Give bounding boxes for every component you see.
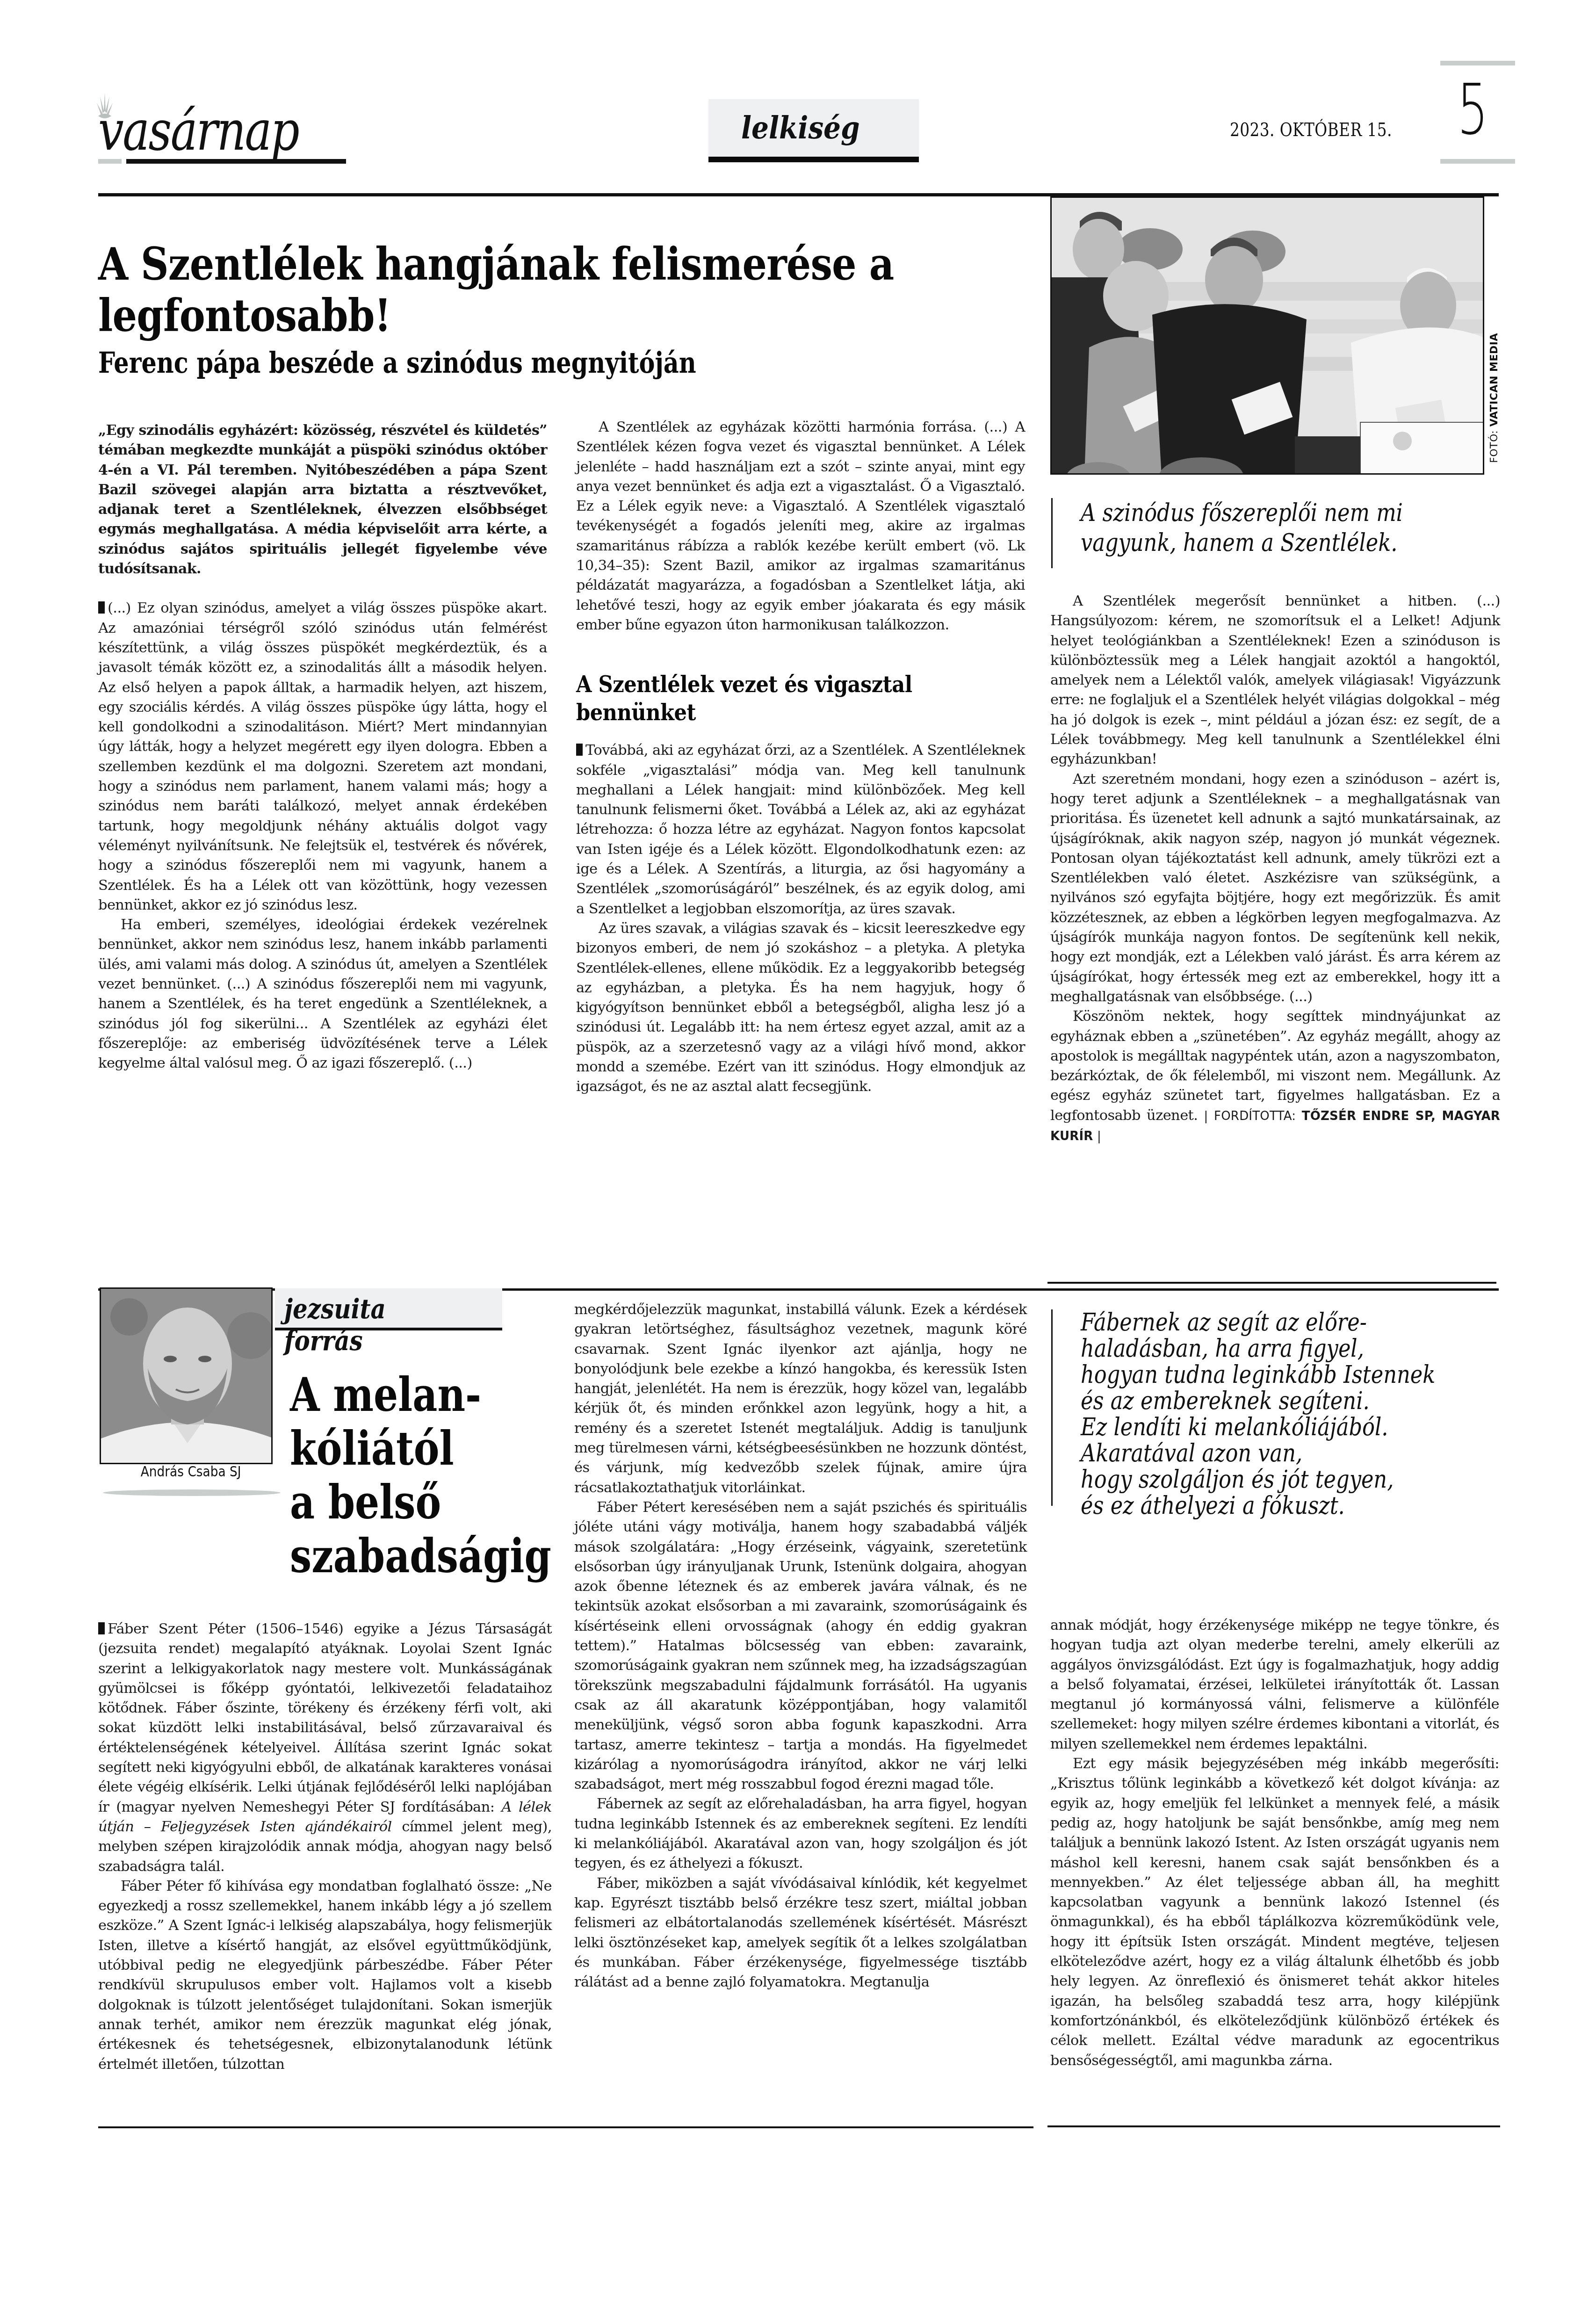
top-divider xyxy=(98,193,1499,196)
section-label: lelkiség xyxy=(741,109,860,146)
paragraph: Továbbá, aki az egyházat őrzi, az a Szen… xyxy=(576,741,1025,919)
paragraph: annak módját, hogy érzékenysége miképp n… xyxy=(1050,1616,1499,1754)
page-number-box: 5 xyxy=(1440,61,1515,164)
author-byline: András Csaba SJ xyxy=(100,1464,282,1481)
logo-underline xyxy=(126,159,346,164)
page-number: 5 xyxy=(1457,75,1488,145)
paragraph: Fábernek az segít az előrehaladásban, ha… xyxy=(574,1794,1027,1873)
article-headline: A melan- kóliától a belső szabadságig xyxy=(290,1368,520,1583)
paragraph: Az üres szavak, a világias szavak és – k… xyxy=(576,919,1025,1097)
synod-photo[interactable] xyxy=(1050,196,1484,475)
column-tag[interactable]: jezsuita forrás xyxy=(275,1288,502,1330)
paragraph: Fáber Szent Péter (1506–1546) egyike a J… xyxy=(98,1619,552,1877)
paragraph-marker-icon xyxy=(98,601,105,614)
article-headline: A Szentlélek hangjának felismerése a leg… xyxy=(98,239,903,341)
author-portrait-illustration xyxy=(101,1289,273,1464)
column-divider xyxy=(1047,1282,1496,1284)
article-subheadline: Ferenc pápa beszéde a szinódus megnyitój… xyxy=(98,346,827,380)
paragraph: Fáber, miközben a saját vívódásaival kín… xyxy=(574,1874,1027,1993)
photo-credit: FOTÓ: VATICAN MEDIA xyxy=(1488,304,1500,463)
paragraph-marker-icon xyxy=(576,744,583,756)
pull-quote: Fábernek az segít az előre- haladásban, … xyxy=(1051,1309,1486,1506)
author-photo[interactable] xyxy=(100,1287,273,1464)
paragraph: Ezt egy másik bejegyzésében még inkább m… xyxy=(1050,1754,1499,2071)
paragraph: Fáber Péter fő kihívása egy mondatban fo… xyxy=(98,1877,552,2074)
paragraph: Azt szeretném mondani, hogy ezen a szinó… xyxy=(1050,770,1500,1007)
article-column-2: megkérdőjelezzük magunkat, instabillá vá… xyxy=(574,1300,1027,1992)
page-number-bottom-bar xyxy=(1440,159,1515,164)
article-column-1: „Egy szinodális egyházért: közösség, rés… xyxy=(98,421,547,1074)
byline-shadow xyxy=(103,1489,281,1496)
photo-illustration xyxy=(1052,198,1484,475)
article-lead: „Egy szinodális egyházért: közösség, rés… xyxy=(98,421,547,579)
masthead: vasárnap lelkiség 2023. OKTÓBER 15. 5 xyxy=(98,94,1496,164)
paragraph: Ha emberi, személyes, ideológiai érdekek… xyxy=(98,915,547,1073)
pull-quote-text: Fábernek az segít az előre- haladásban, … xyxy=(1081,1309,1503,1519)
article-column-3: A Szentlélek megerősít bennünket a hitbe… xyxy=(1050,592,1500,1146)
newspaper-logo[interactable]: vasárnap xyxy=(98,103,341,164)
paragraph: megkérdőjelezzük magunkat, instabillá vá… xyxy=(574,1300,1027,1498)
paragraph: Köszönöm nektek, hogy segíttek mindnyáju… xyxy=(1050,1007,1500,1146)
pull-quote: A szinódus főszereplői nem mi vagyunk, h… xyxy=(1051,498,1486,568)
article-column-3: annak módját, hogy érzékenysége miképp n… xyxy=(1050,1616,1499,2071)
bottom-divider-right xyxy=(1047,2125,1500,2127)
logo-underline-accent xyxy=(98,159,122,164)
column-tag-label: jezsuita forrás xyxy=(284,1293,472,1357)
paragraph: (...) Ez olyan szinódus, amelyet a világ… xyxy=(98,599,547,915)
article-column-2: A Szentlélek az egyházak közötti harmóni… xyxy=(576,418,1025,1097)
paragraph: A Szentlélek megerősít bennünket a hitbe… xyxy=(1050,592,1500,770)
logo-wordmark: vasárnap xyxy=(98,103,298,158)
paragraph: Fáber Pétert keresésében nem a saját psz… xyxy=(574,1498,1027,1794)
issue-date: 2023. OKTÓBER 15. xyxy=(1230,119,1392,141)
paragraph-marker-icon xyxy=(98,1622,105,1634)
article-column-1: Fáber Szent Péter (1506–1546) egyike a J… xyxy=(98,1619,552,2074)
page-number-top-bar xyxy=(1440,61,1515,65)
section-subheading: A Szentlélek vezet és vigasztal bennünke… xyxy=(576,671,980,727)
paragraph: A Szentlélek az egyházak közötti harmóni… xyxy=(576,418,1025,635)
bottom-divider-left xyxy=(98,2126,1033,2128)
pull-quote-text: A szinódus főszereplői nem mi vagyunk, h… xyxy=(1081,498,1483,558)
section-tag[interactable]: lelkiség xyxy=(708,99,919,162)
